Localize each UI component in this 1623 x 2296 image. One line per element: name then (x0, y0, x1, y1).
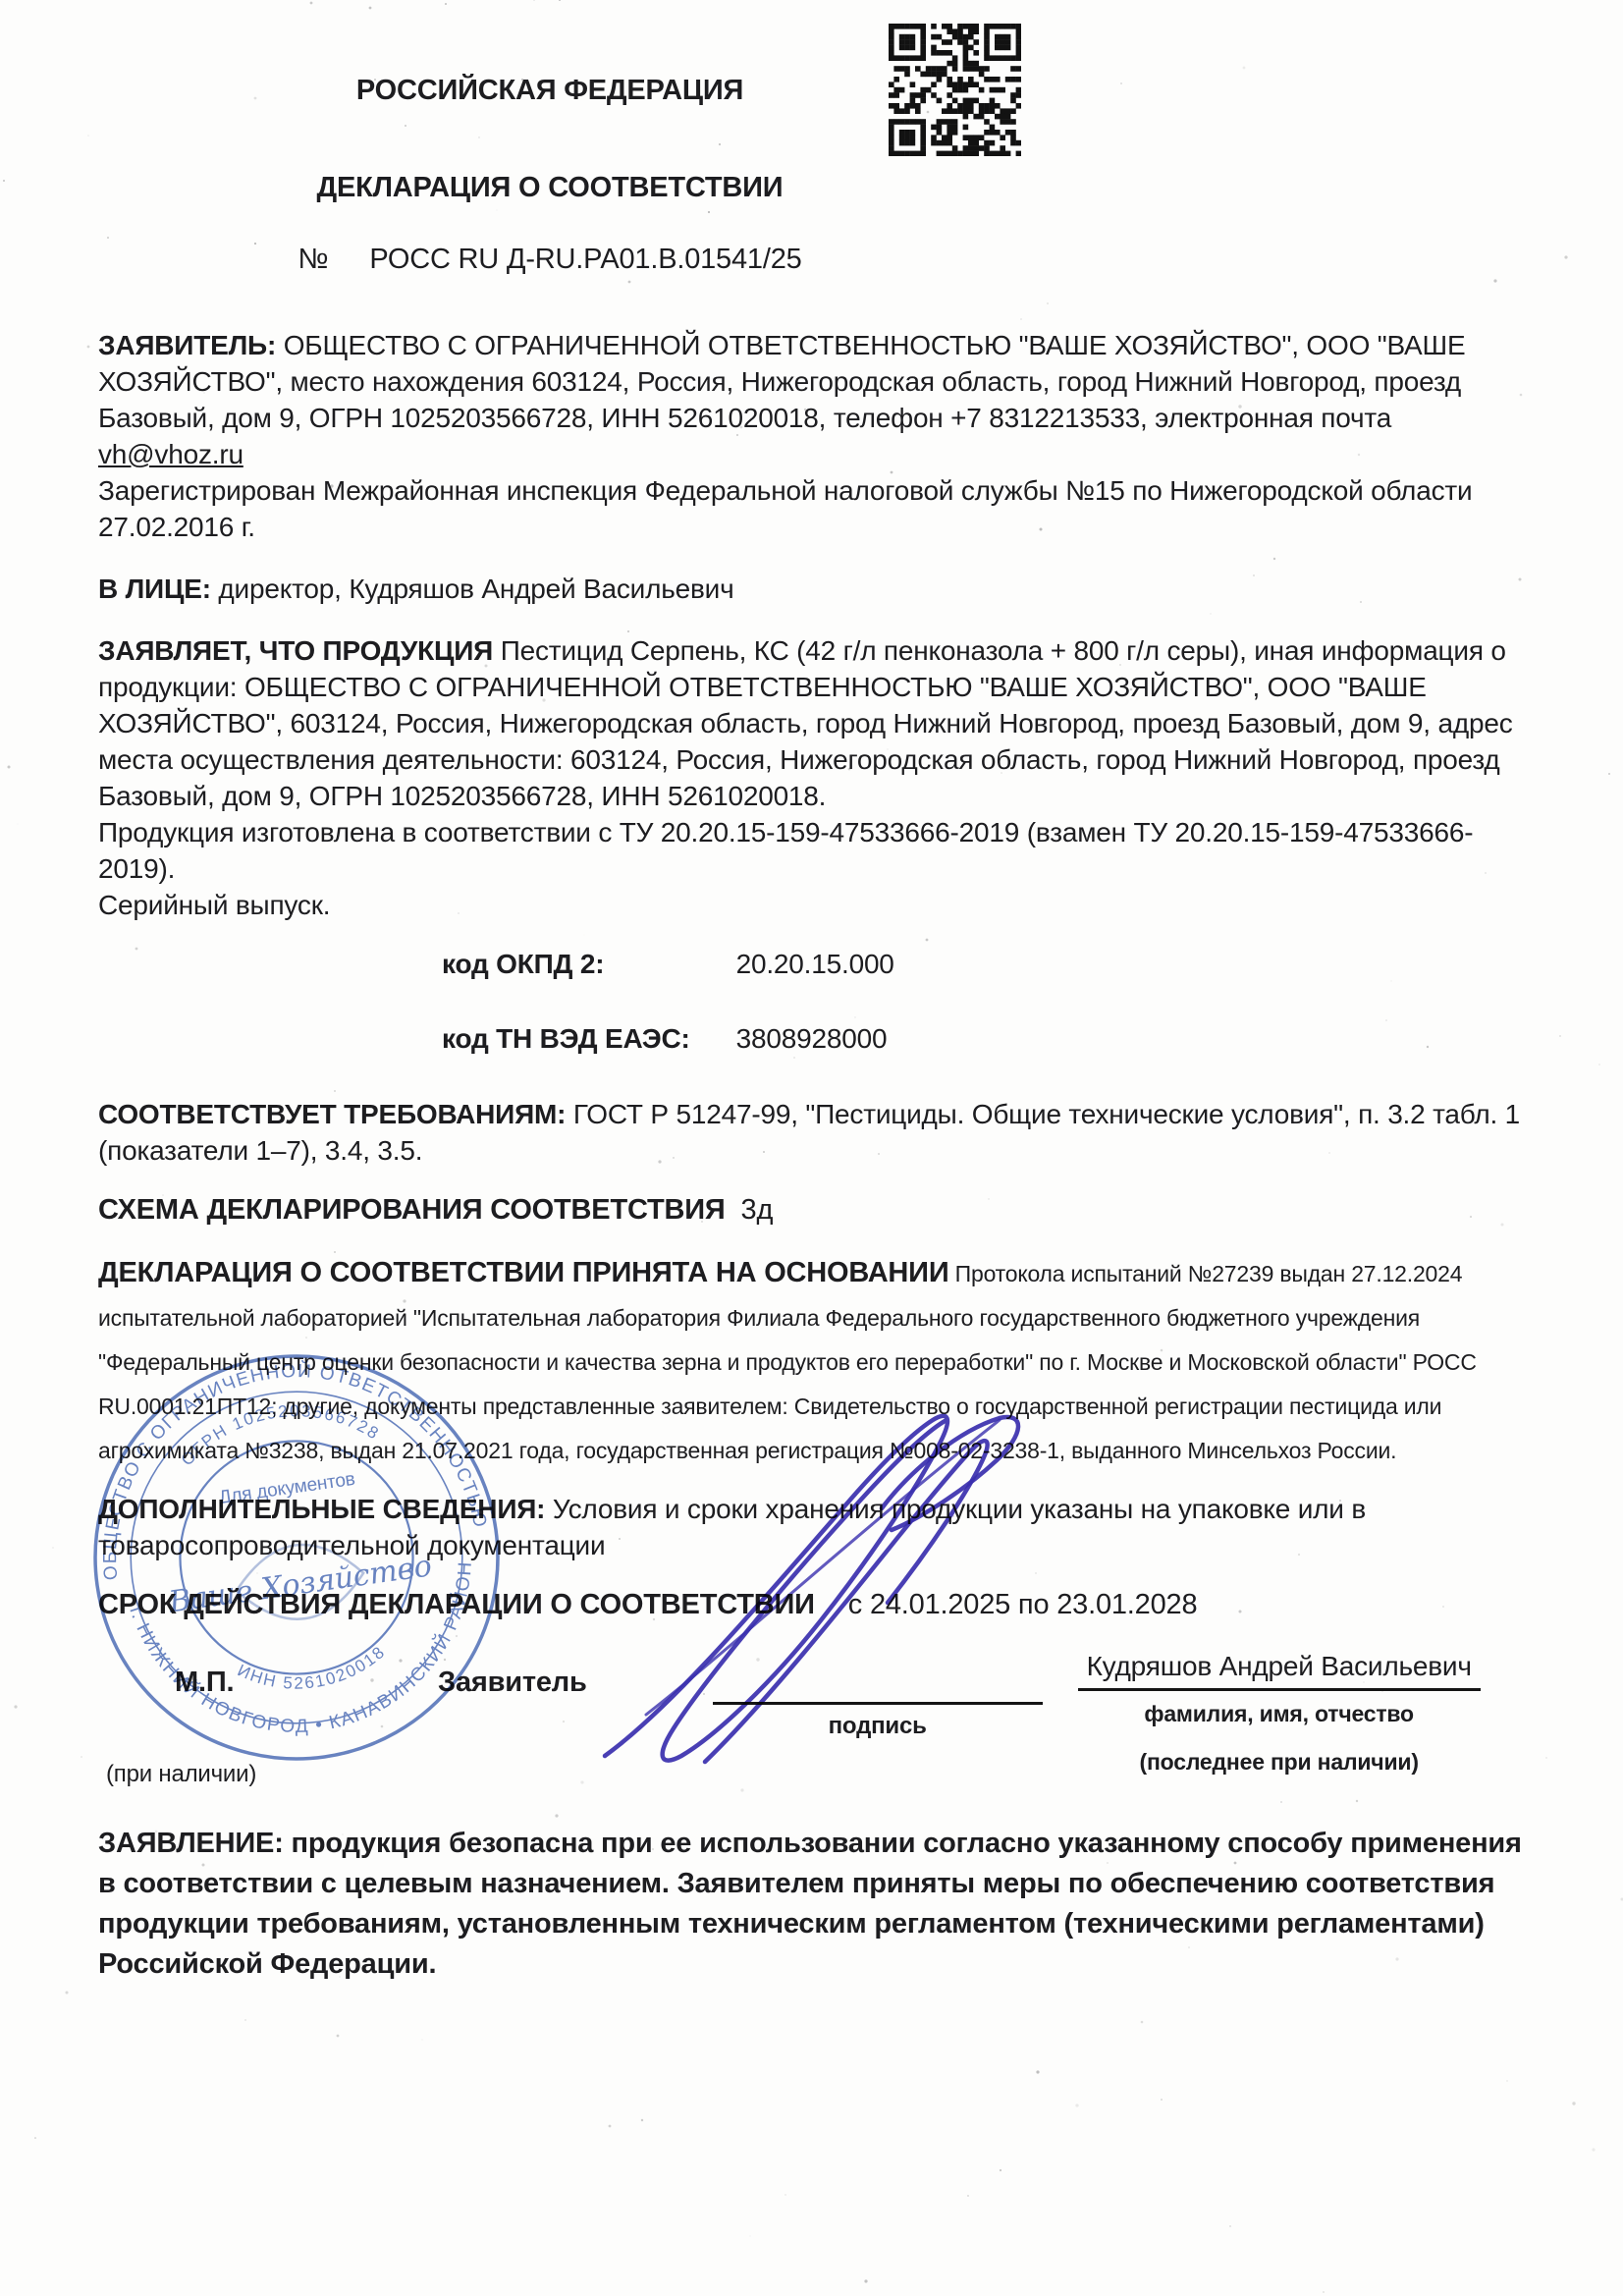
scheme-line: СХЕМА ДЕКЛАРИРОВАНИЯ СООТВЕТСТВИЯ3д (98, 1194, 1530, 1227)
in-person-paragraph: В ЛИЦЕ: директор, Кудряшов Андрей Василь… (98, 571, 1530, 607)
fio-line (1078, 1688, 1481, 1691)
scheme-label: СХЕМА ДЕКЛАРИРОВАНИЯ СООТВЕТСТВИЯ (98, 1194, 726, 1226)
fio-column: Кудряшов Андрей Васильевич фамилия, имя,… (1078, 1651, 1481, 1776)
declaration-number: №РОСС RU Д-RU.РА01.В.01541/25 (98, 244, 1001, 276)
signature-caption: подпись (713, 1713, 1043, 1740)
tnved-value: 3808928000 (736, 1023, 888, 1054)
in-person-text: директор, Кудряшов Андрей Васильевич (218, 574, 733, 604)
applicant-label: ЗАЯВИТЕЛЬ: (98, 330, 276, 360)
statement-paragraph: ЗАЯВЛЕНИЕ: продукция безопасна при ее ис… (98, 1824, 1530, 1985)
okpd-value: 20.20.15.000 (736, 949, 894, 979)
mp-label: М.П. (175, 1667, 234, 1698)
validity-line: СРОК ДЕЙСТВИЯ ДЕКЛАРАЦИИ О СООТВЕТСТВИИс… (98, 1589, 1530, 1621)
basis-text: Протокола испытаний №27239 выдан 27.12.2… (98, 1261, 1477, 1463)
complies-label: СООТВЕТСТВУЕТ ТРЕБОВАНИЯМ: (98, 1099, 566, 1129)
applicant-registered: Зарегистрирован Межрайонная инспекция Фе… (98, 472, 1530, 545)
signature-line (713, 1702, 1043, 1705)
validity-value: с 24.01.2025 по 23.01.2028 (848, 1589, 1198, 1620)
declares-label: ЗАЯВЛЯЕТ, ЧТО ПРОДУКЦИЯ (98, 635, 493, 666)
qr-code (889, 24, 1021, 156)
document-page: РОССИЙСКАЯ ФЕДЕРАЦИЯ ДЕКЛАРАЦИЯ О СООТВЕ… (0, 0, 1623, 2296)
mp-column: М.П. (при наличии) (175, 1667, 263, 1699)
signature-block: М.П. (при наличии) Заявитель подпись Куд… (98, 1651, 1530, 1798)
fio-caption-note: (последнее при наличии) (1078, 1749, 1481, 1776)
in-person-label: В ЛИЦЕ: (98, 574, 211, 604)
declares-made-per: Продукция изготовлена в соответствии с Т… (98, 814, 1530, 887)
basis-label: ДЕКЛАРАЦИЯ О СООТВЕТСТВИИ ПРИНЯТА НА ОСН… (98, 1257, 948, 1288)
fio-caption: фамилия, имя, отчество (1078, 1701, 1481, 1727)
okpd-label: код ОКПД 2: (442, 949, 729, 980)
validity-label: СРОК ДЕЙСТВИЯ ДЕКЛАРАЦИИ О СООТВЕТСТВИИ (98, 1589, 815, 1620)
statement-text: продукция безопасна при ее использовании… (98, 1828, 1522, 1980)
mp-note: (при наличии) (106, 1761, 256, 1788)
bottom-section: ОБЩЕСТВО С ОГРАНИЧЕННОЙ ОТВЕТСТВЕННОСТЬЮ… (98, 1491, 1530, 1798)
tnved-label: код ТН ВЭД ЕАЭС: (442, 1023, 729, 1055)
declares-serial: Серийный выпуск. (98, 887, 1530, 923)
okpd-code-row: код ОКПД 2: 20.20.15.000 (442, 949, 1530, 980)
statement-label: ЗАЯВЛЕНИЕ: (98, 1828, 284, 1859)
applicant-paragraph: ЗАЯВИТЕЛЬ: ОБЩЕСТВО С ОГРАНИЧЕННОЙ ОТВЕТ… (98, 327, 1530, 545)
document-content: РОССИЙСКАЯ ФЕДЕРАЦИЯ ДЕКЛАРАЦИЯ О СООТВЕ… (98, 75, 1530, 1985)
number-value: РОСС RU Д-RU.РА01.В.01541/25 (369, 244, 801, 275)
declares-paragraph: ЗАЯВЛЯЕТ, ЧТО ПРОДУКЦИЯ Пестицид Серпень… (98, 632, 1530, 923)
signature-column: подпись (713, 1651, 1043, 1740)
basis-paragraph: ДЕКЛАРАЦИЯ О СООТВЕТСТВИИ ПРИНЯТА НА ОСН… (98, 1252, 1530, 1473)
scheme-value: 3д (741, 1194, 774, 1226)
signer-name: Кудряшов Андрей Васильевич (1078, 1651, 1481, 1688)
tnved-code-row: код ТН ВЭД ЕАЭС: 3808928000 (442, 1023, 1530, 1055)
number-sign: № (298, 244, 328, 275)
additional-label: ДОПОЛНИТЕЛЬНЫЕ СВЕДЕНИЯ: (98, 1494, 545, 1524)
country-title: РОССИЙСКАЯ ФЕДЕРАЦИЯ (98, 75, 1001, 107)
applicant-word: Заявитель (438, 1667, 587, 1699)
applicant-text: ОБЩЕСТВО С ОГРАНИЧЕННОЙ ОТВЕТСТВЕННОСТЬЮ… (98, 330, 1465, 433)
additional-paragraph: ДОПОЛНИТЕЛЬНЫЕ СВЕДЕНИЯ: Условия и сроки… (98, 1491, 1530, 1563)
complies-paragraph: СООТВЕТСТВУЕТ ТРЕБОВАНИЯМ: ГОСТ Р 51247-… (98, 1096, 1530, 1169)
document-header: РОССИЙСКАЯ ФЕДЕРАЦИЯ ДЕКЛАРАЦИЯ О СООТВЕ… (98, 75, 1001, 276)
page-title: ДЕКЛАРАЦИЯ О СООТВЕТСТВИИ (98, 172, 1001, 204)
applicant-email: vh@vhoz.ru (98, 439, 243, 469)
